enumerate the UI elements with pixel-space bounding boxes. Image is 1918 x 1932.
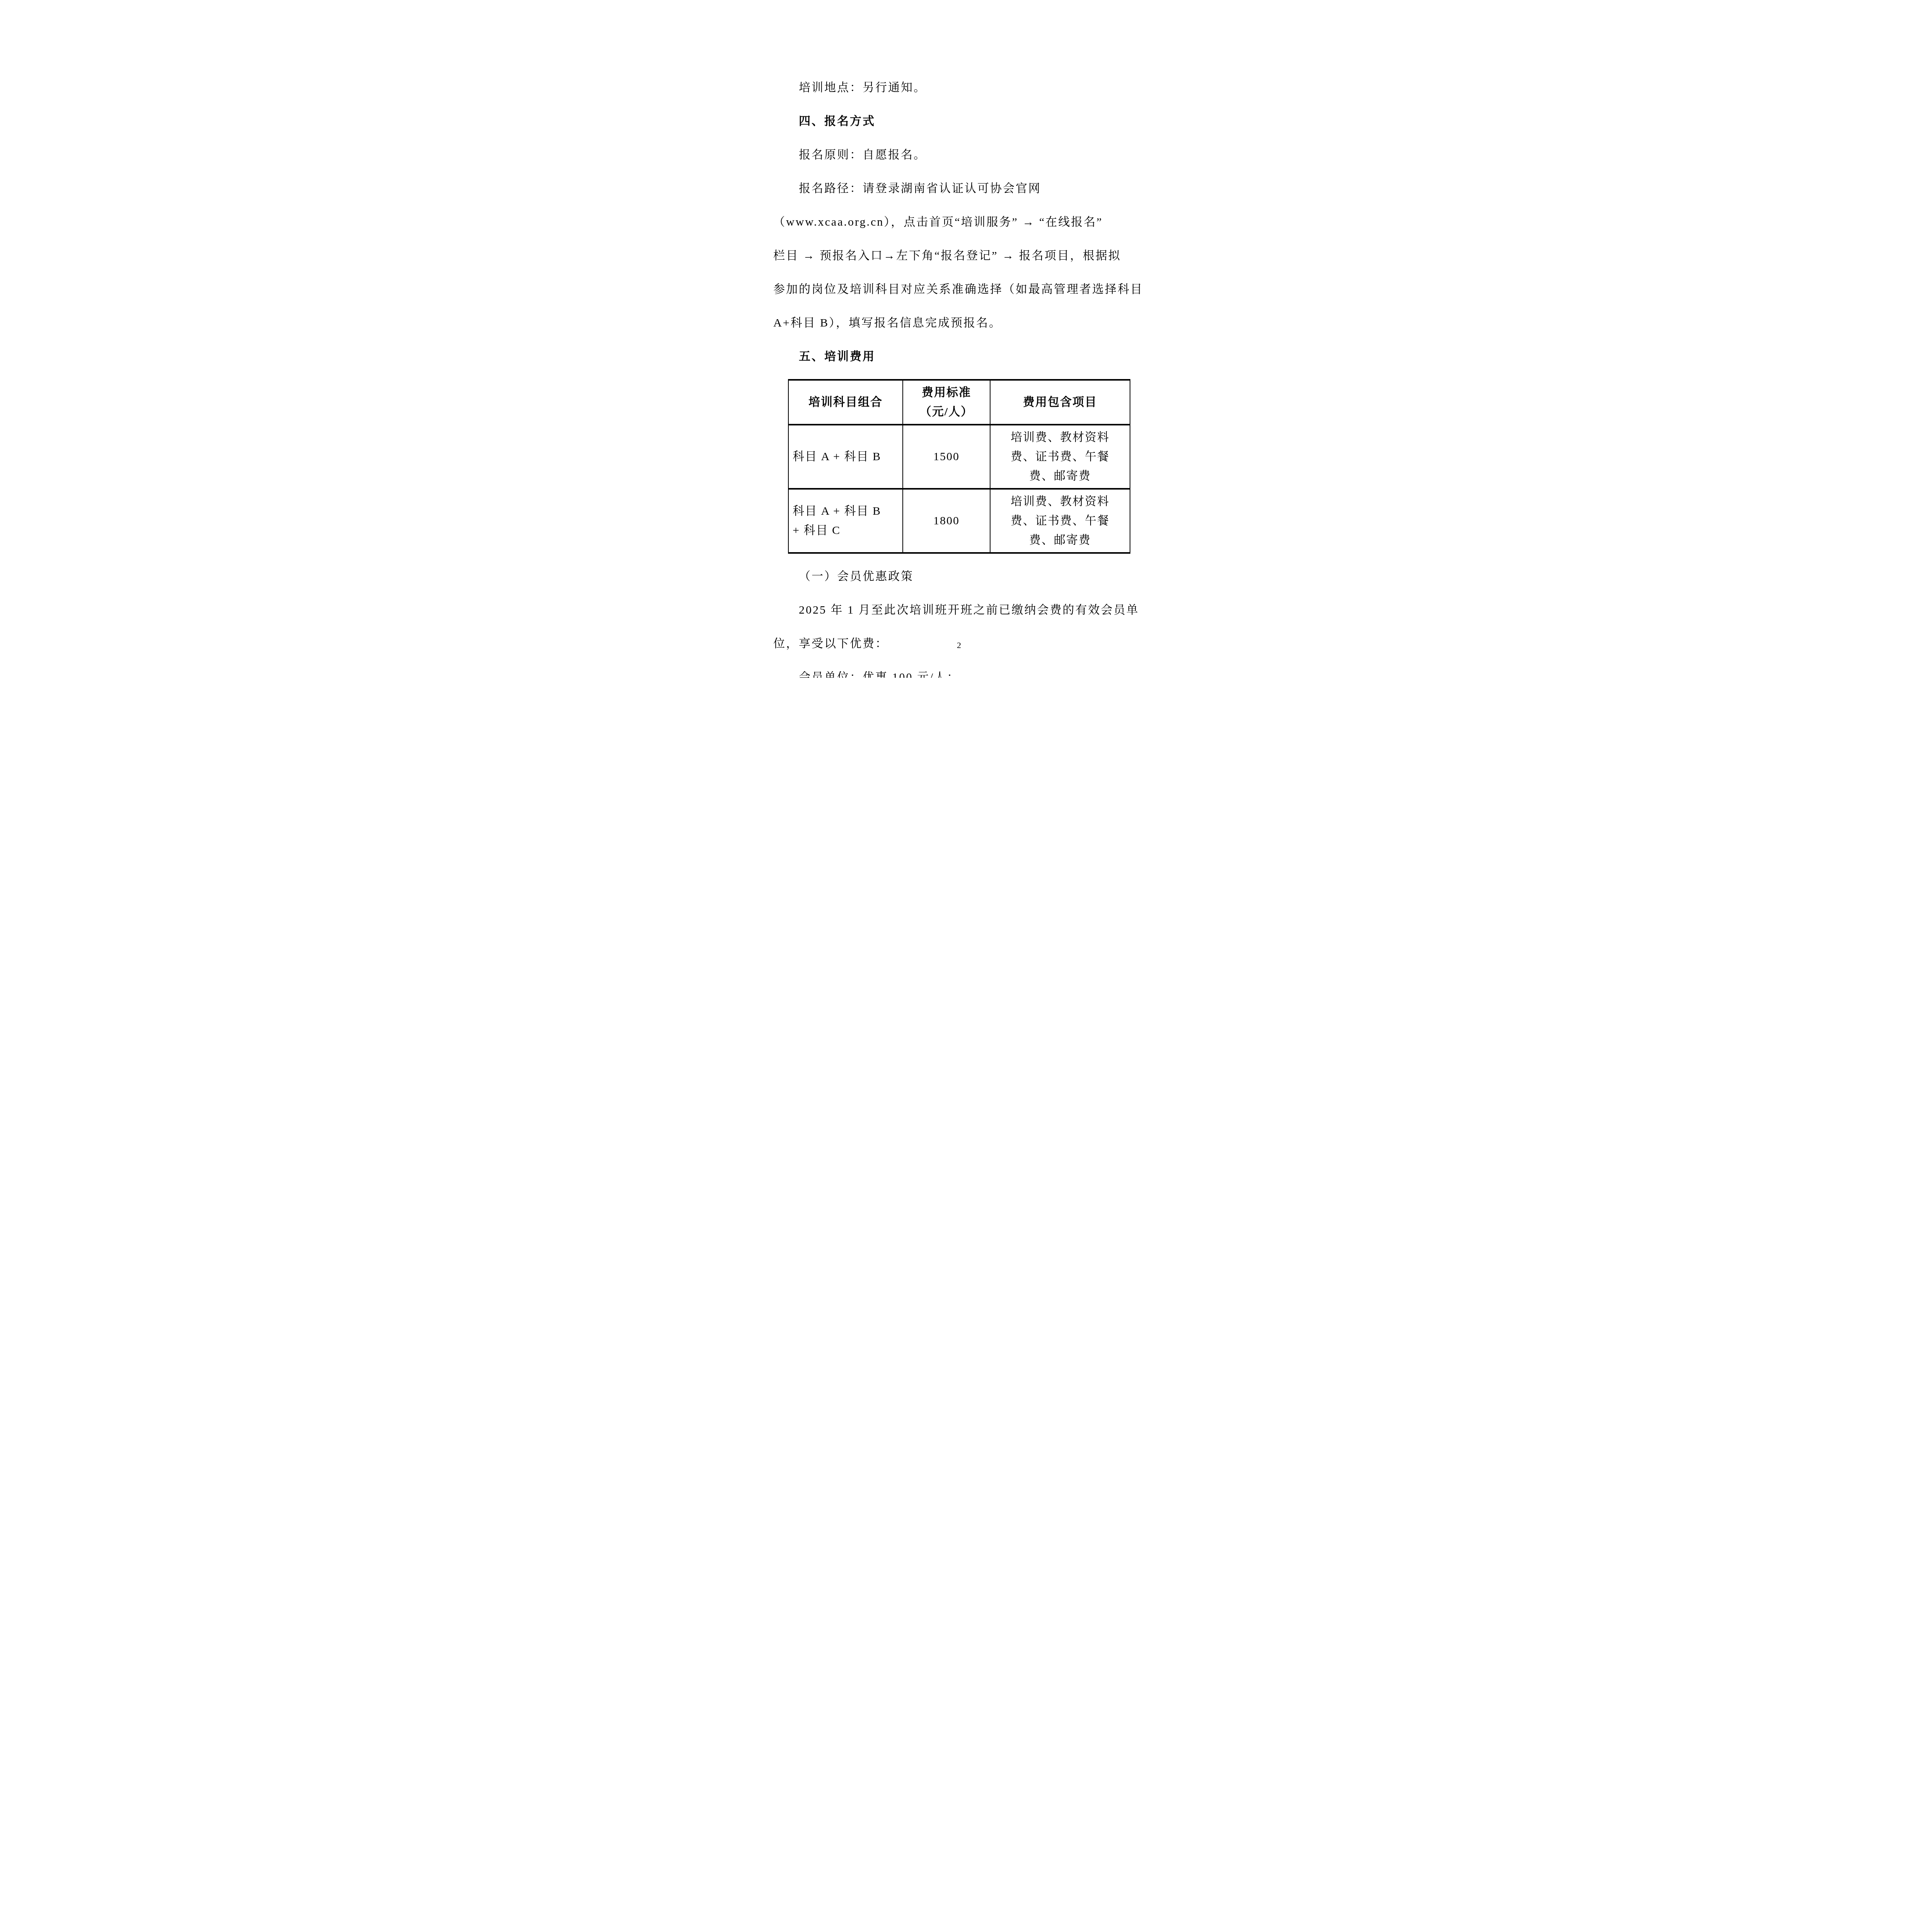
fee-table-cell-fee-1500: 1500 xyxy=(903,425,990,489)
line-complete-preregistration: A+科目 B），填写报名信息完成预报名。 xyxy=(773,312,1152,334)
line-menu-steps: 栏目 → 预报名入口→左下角“报名登记” → 报名项目，根据拟 xyxy=(773,245,1152,267)
fee-table-header-row: 培训科目组合 费用标准 （元/人） 费用包含项目 xyxy=(788,380,1130,425)
fee-table-cell-includes-ab: 培训费、教材资料 费、证书费、午餐 费、邮寄费 xyxy=(990,425,1130,489)
fee-table-cell-combo-ab: 科目 A + 科目 B xyxy=(788,425,903,489)
heading-sub-1-member-discount-policy: （一）会员优惠政策 xyxy=(773,565,1152,587)
line-training-location: 培训地点：另行通知。 xyxy=(773,77,1152,99)
page-number: 2 xyxy=(719,639,1199,651)
fee-table-row-abc: 科目 A + 科目 B + 科目 C 1800 培训费、教材资料 费、证书费、午… xyxy=(788,489,1130,553)
line-website-and-menu: （www.xcaa.org.cn），点击首页“培训服务” → “在线报名” xyxy=(773,211,1152,233)
training-fee-table: 培训科目组合 费用标准 （元/人） 费用包含项目 科目 A + 科目 B 150… xyxy=(788,379,1130,554)
document-page: 培训地点：另行通知。 四、报名方式 报名原则：自愿报名。 报名路径：请登录湖南省… xyxy=(719,0,1199,678)
line-registration-path: 报名路径：请登录湖南省认证认可协会官网 xyxy=(773,177,1152,199)
fee-table-cell-includes-abc: 培训费、教材资料 费、证书费、午餐 费、邮寄费 xyxy=(990,489,1130,553)
fee-table-header-standard: 费用标准 （元/人） xyxy=(903,380,990,425)
line-registration-principle: 报名原则：自愿报名。 xyxy=(773,144,1152,166)
line-discount-member-unit: 会员单位：优惠 100 元/人； xyxy=(773,666,1152,678)
line-subject-selection: 参加的岗位及培训科目对应关系准确选择（如最高管理者选择科目 xyxy=(773,278,1152,300)
heading-section-5-training-fee: 五、培训费用 xyxy=(773,345,1152,367)
line-member-eligibility: 2025 年 1 月至此次培训班开班之前已缴纳会费的有效会员单 xyxy=(773,599,1152,621)
fee-table-cell-combo-abc: 科目 A + 科目 B + 科目 C xyxy=(788,489,903,553)
fee-table-header-combo: 培训科目组合 xyxy=(788,380,903,425)
fee-table-row-ab: 科目 A + 科目 B 1500 培训费、教材资料 费、证书费、午餐 费、邮寄费 xyxy=(788,425,1130,489)
fee-table-header-includes: 费用包含项目 xyxy=(990,380,1130,425)
fee-table-cell-fee-1800: 1800 xyxy=(903,489,990,553)
heading-section-4-registration-method: 四、报名方式 xyxy=(773,110,1152,132)
